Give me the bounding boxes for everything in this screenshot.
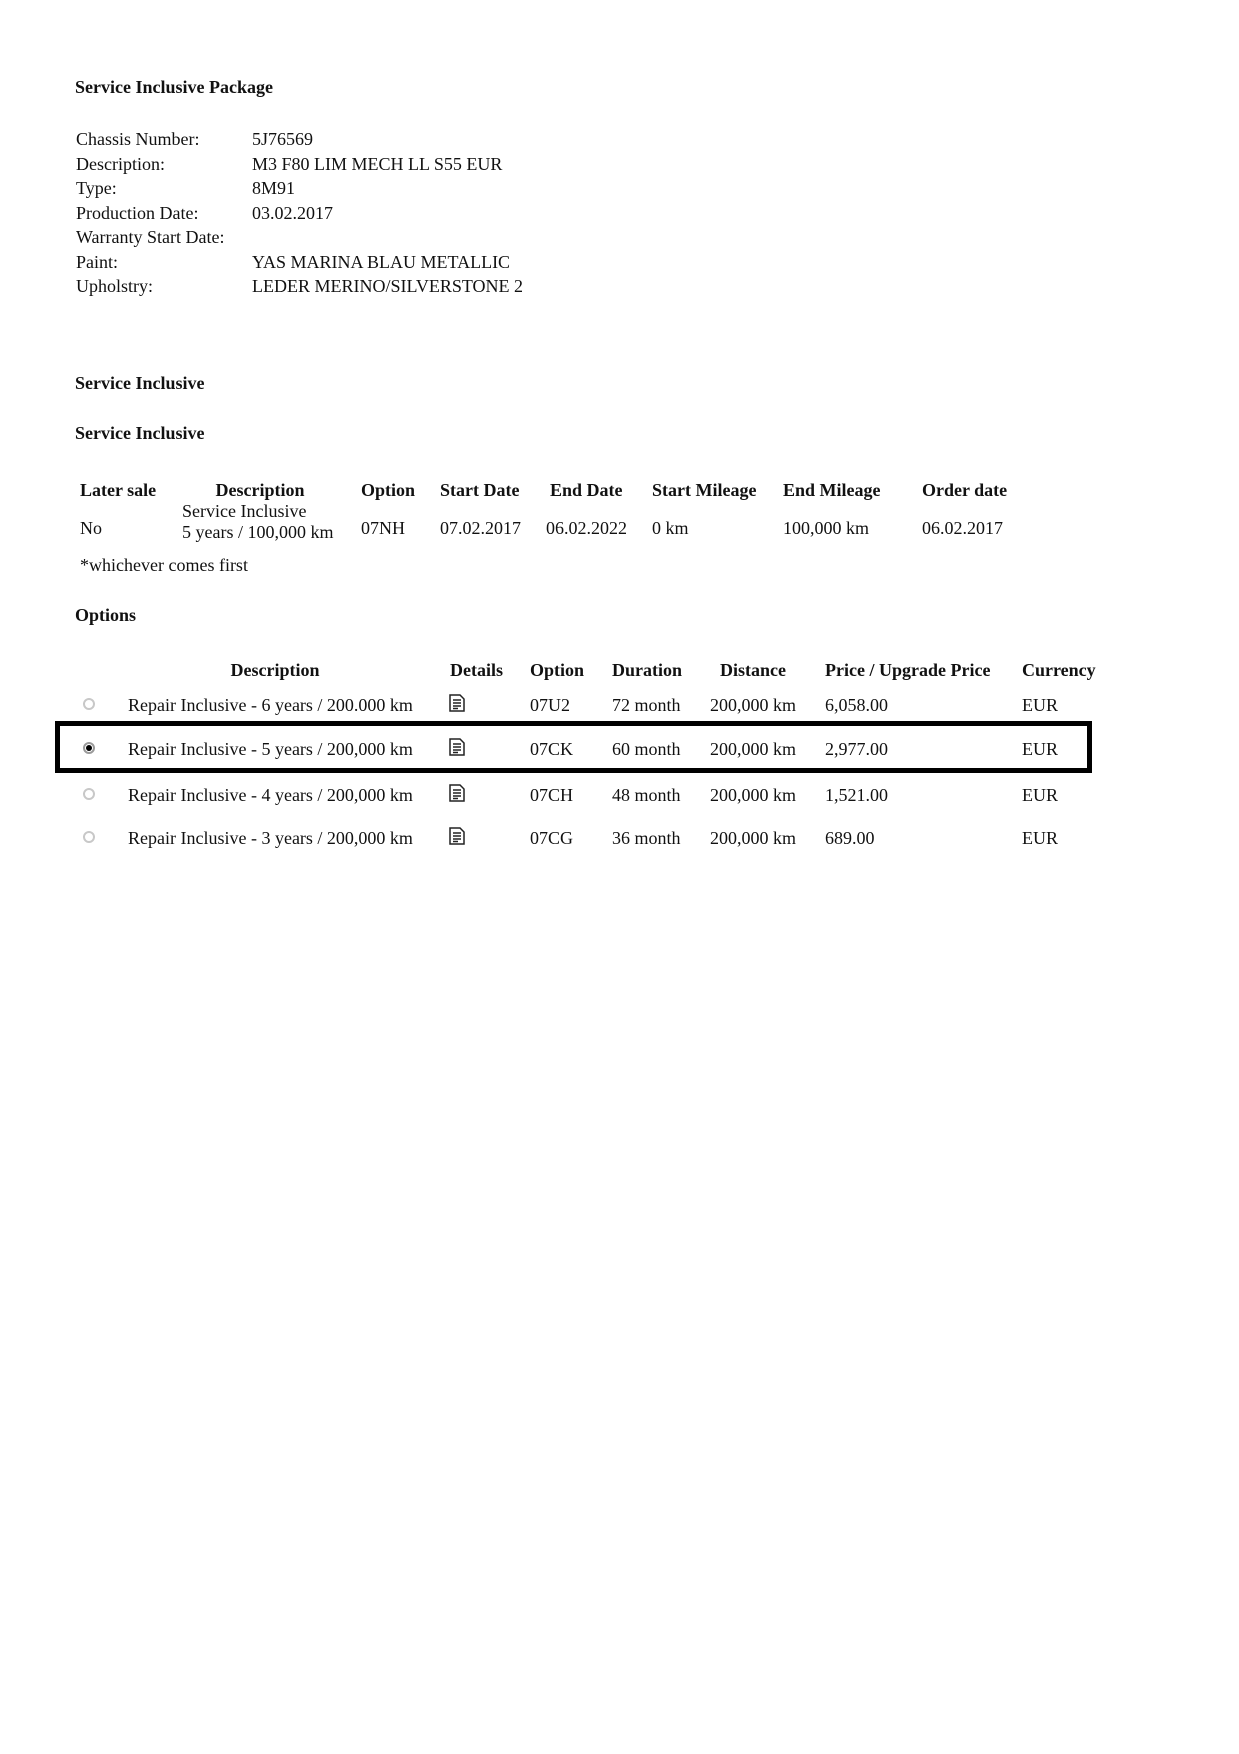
options-header-duration: Duration <box>612 661 682 679</box>
option-code: 07CK <box>530 740 573 758</box>
option-duration: 36 month <box>612 829 681 847</box>
options-header-distance: Distance <box>720 661 786 679</box>
option-radio[interactable] <box>83 831 95 843</box>
service-inclusive-heading: Service Inclusive <box>75 374 204 392</box>
options-header-currency: Currency <box>1022 661 1096 679</box>
document-icon[interactable] <box>449 738 465 756</box>
option-price: 2,977.00 <box>825 740 888 758</box>
option-code: 07CG <box>530 829 573 847</box>
option-radio[interactable] <box>83 698 95 710</box>
option-price: 689.00 <box>825 829 875 847</box>
option-duration: 60 month <box>612 740 681 758</box>
options-header-description: Description <box>231 661 320 679</box>
header-end-mileage: End Mileage <box>783 481 881 499</box>
service-inclusive-subheading: Service Inclusive <box>75 424 204 442</box>
production-date-value: 03.02.2017 <box>252 204 333 222</box>
paint-label: Paint: <box>76 253 118 271</box>
paint-value: YAS MARINA BLAU METALLIC <box>252 253 510 271</box>
start-mileage-value: 0 km <box>652 519 689 537</box>
warranty-start-date-label: Warranty Start Date: <box>76 228 225 246</box>
header-order-date: Order date <box>922 481 1007 499</box>
service-description: Service Inclusive 5 years / 100,000 km <box>182 501 333 543</box>
option-duration: 48 month <box>612 786 681 804</box>
option-value: 07NH <box>361 519 405 537</box>
service-description-line1: Service Inclusive <box>182 501 333 522</box>
options-header-option: Option <box>530 661 584 679</box>
options-header-price: Price / Upgrade Price <box>825 661 990 679</box>
option-distance: 200,000 km <box>710 740 796 758</box>
header-start-date: Start Date <box>440 481 519 499</box>
upholstry-value: LEDER MERINO/SILVERSTONE 2 <box>252 277 523 295</box>
options-header-details: Details <box>450 661 503 679</box>
option-price: 6,058.00 <box>825 696 888 714</box>
option-duration: 72 month <box>612 696 681 714</box>
chassis-number-value: 5J76569 <box>252 130 313 148</box>
description-value: M3 F80 LIM MECH LL S55 EUR <box>252 155 502 173</box>
option-distance: 200,000 km <box>710 696 796 714</box>
header-end-date: End Date <box>550 481 623 499</box>
header-option: Option <box>361 481 415 499</box>
chassis-number-label: Chassis Number: <box>76 130 200 148</box>
option-description: Repair Inclusive - 3 years / 200,000 km <box>128 829 413 847</box>
option-radio[interactable] <box>83 788 95 800</box>
option-currency: EUR <box>1022 740 1058 758</box>
options-heading: Options <box>75 606 136 624</box>
option-distance: 200,000 km <box>710 786 796 804</box>
order-date-value: 06.02.2017 <box>922 519 1003 537</box>
option-radio-selected[interactable] <box>83 742 95 754</box>
option-description: Repair Inclusive - 5 years / 200,000 km <box>128 740 413 758</box>
option-description: Repair Inclusive - 4 years / 200,000 km <box>128 786 413 804</box>
upholstry-label: Upholstry: <box>76 277 153 295</box>
document-icon[interactable] <box>449 827 465 845</box>
later-sale-value: No <box>80 519 102 537</box>
header-description: Description <box>216 481 305 499</box>
option-distance: 200,000 km <box>710 829 796 847</box>
document-icon[interactable] <box>449 694 465 712</box>
end-date-value: 06.02.2022 <box>546 519 627 537</box>
type-value: 8M91 <box>252 179 295 197</box>
option-code: 07U2 <box>530 696 570 714</box>
option-description: Repair Inclusive - 6 years / 200.000 km <box>128 696 413 714</box>
description-label: Description: <box>76 155 165 173</box>
option-currency: EUR <box>1022 786 1058 804</box>
option-code: 07CH <box>530 786 573 804</box>
footnote: *whichever comes first <box>80 556 248 574</box>
header-start-mileage: Start Mileage <box>652 481 756 499</box>
document-icon[interactable] <box>449 784 465 802</box>
option-currency: EUR <box>1022 696 1058 714</box>
type-label: Type: <box>76 179 117 197</box>
option-price: 1,521.00 <box>825 786 888 804</box>
option-currency: EUR <box>1022 829 1058 847</box>
end-mileage-value: 100,000 km <box>783 519 869 537</box>
service-description-line2: 5 years / 100,000 km <box>182 522 333 543</box>
header-later-sale: Later sale <box>80 481 156 499</box>
page-title: Service Inclusive Package <box>75 78 273 96</box>
start-date-value: 07.02.2017 <box>440 519 521 537</box>
production-date-label: Production Date: <box>76 204 198 222</box>
